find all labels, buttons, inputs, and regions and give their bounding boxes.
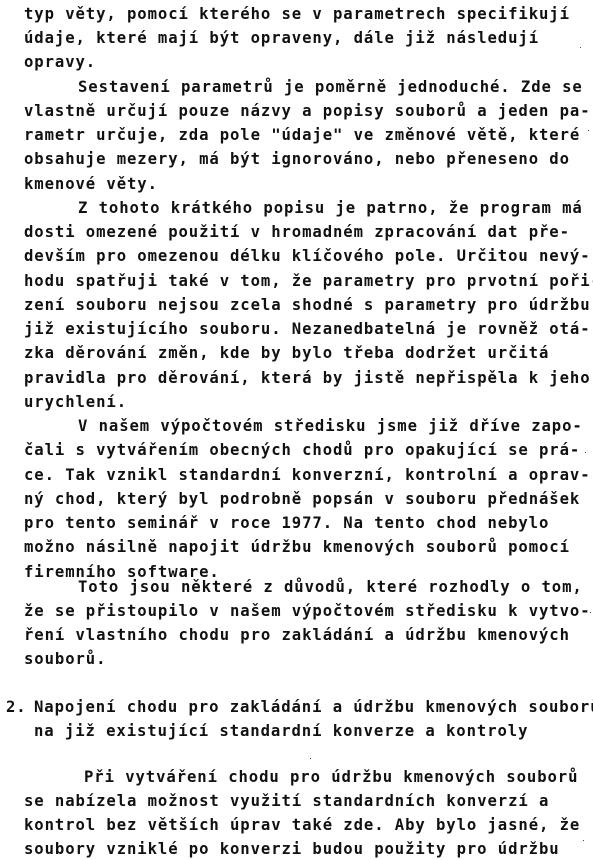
text-line: že se přistoupilo v našem výpočtovém stř… bbox=[24, 601, 591, 621]
text-line: již existujícího souboru. Nezanedbatelná… bbox=[24, 319, 591, 339]
text-line: čali s vytvářením obecných chodů pro opa… bbox=[24, 440, 580, 460]
text-line: typ věty, pomocí kterého se v parametrec… bbox=[24, 4, 570, 24]
text-line: údaje, které mají být opraveny, dále již… bbox=[24, 28, 539, 48]
text-line: Toto jsou některé z důvodů, které rozhod… bbox=[78, 577, 583, 597]
text-line: kmenové věty. bbox=[24, 174, 158, 194]
scanned-document-page: typ věty, pomocí kterého se v parametrec… bbox=[0, 0, 593, 860]
text-line: zení souboru nejsou zcela shodné s param… bbox=[24, 295, 591, 315]
text-line: soubory vzniklé po konverzi budou použit… bbox=[24, 839, 560, 859]
text-line: zka děrování změn, kde by bylo třeba dod… bbox=[24, 343, 549, 363]
text-line: rametr určuje, zda pole "údaje" ve změno… bbox=[24, 125, 580, 145]
text-line: se nabízela možnost využití standardních… bbox=[24, 791, 549, 811]
text-line: obsahuje mezery, má být ignorováno, nebo… bbox=[24, 149, 570, 169]
text-line: dosti omezené použití v hromadném zpraco… bbox=[24, 222, 570, 242]
text-line: urychlení. bbox=[24, 392, 127, 412]
text-line: ný chod, který byl podrobně popsán v sou… bbox=[24, 489, 580, 509]
text-line: možno násilně napojit údržbu kmenových s… bbox=[24, 537, 570, 557]
text-line: Z tohoto krátkého popisu je patrno, že p… bbox=[78, 198, 583, 218]
text-line: Sestavení parametrů je poměrně jednoduch… bbox=[78, 77, 583, 97]
section-title-line: na již existující standardní konverze a … bbox=[34, 721, 528, 741]
scan-speck bbox=[583, 840, 584, 841]
section-number: 2. bbox=[6, 697, 27, 717]
text-line: ce. Tak vznikl standardní konverzní, kon… bbox=[24, 465, 591, 485]
text-line: pravidla pro děrování, která by jistě ne… bbox=[24, 368, 591, 388]
text-line: V našem výpočtovém středisku jsme již dř… bbox=[78, 416, 583, 436]
text-line: pro tento seminář v roce 1977. Na tento … bbox=[24, 513, 549, 533]
scan-speck bbox=[310, 758, 311, 759]
text-line: kontrol bez větších úprav také zde. Aby … bbox=[24, 815, 580, 835]
text-line: ření vlastního chodu pro zakládání a údr… bbox=[24, 625, 570, 645]
text-line: souborů. bbox=[24, 649, 106, 669]
scan-speck bbox=[590, 612, 591, 613]
text-line: opravy. bbox=[24, 52, 96, 72]
text-line: vlastně určují pouze názvy a popisy soub… bbox=[24, 101, 591, 121]
scan-speck bbox=[588, 130, 589, 131]
scan-speck bbox=[585, 452, 586, 453]
text-line: Při vytváření chodu pro údržbu kmenových… bbox=[84, 767, 578, 787]
scan-speck bbox=[580, 47, 581, 48]
section-title-line: Napojení chodu pro zakládání a údržbu km… bbox=[34, 697, 593, 717]
text-line: devším pro omezenou délku klíčového pole… bbox=[24, 246, 591, 266]
text-line: hodu spatřuji také v tom, že parametry p… bbox=[24, 271, 593, 291]
